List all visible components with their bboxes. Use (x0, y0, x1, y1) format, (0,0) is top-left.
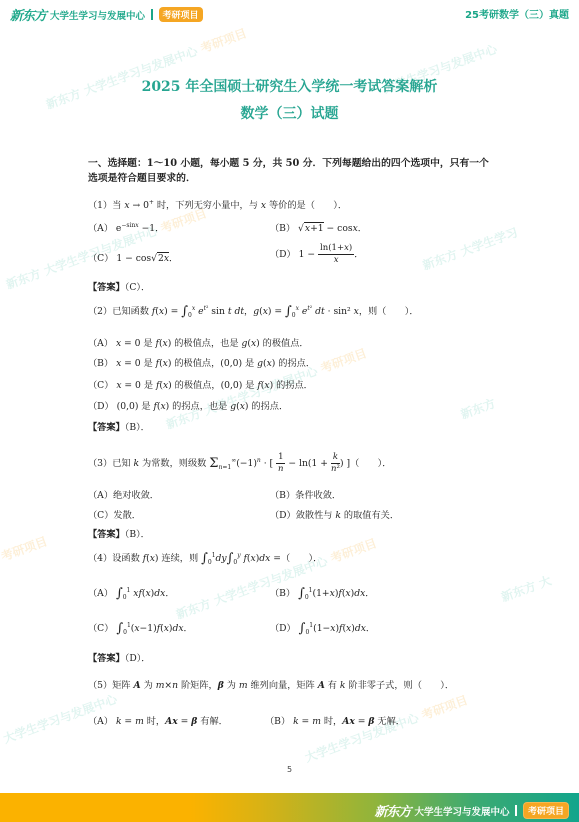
question-5-stem: （5）矩阵 A 为 m×n 阶矩阵，β 为 m 维列向量，矩阵 A 有 k 阶非… (88, 677, 454, 691)
question-4-option-a: （A） ∫01 xf(x)dx． (88, 585, 175, 601)
project-badge: 考研项目 (159, 7, 203, 22)
question-2-answer: 【答案】（B）． (88, 419, 150, 433)
divider (151, 9, 153, 20)
question-4-answer: 【答案】（D）． (88, 650, 150, 664)
question-4-option-d: （D） ∫01(1−x)f(x)dx． (270, 620, 375, 636)
question-3-option-b: （B）条件收敛． (270, 487, 341, 501)
watermark: 新东方 大学生学习 (420, 223, 520, 273)
header-brand: 新东方 大学生学习与发展中心 考研项目 (10, 5, 203, 24)
question-1-option-b: （B） √x+1 − cosx． (270, 220, 367, 234)
watermark: 新东方 大学生学习与发展中心 考研项目 (43, 24, 248, 113)
question-3-stem: （3）已知 k 为常数，则级数 Σn=1∞(−1)n · [ 1n − ln(1… (88, 452, 391, 475)
watermark: 考研项目 (0, 532, 49, 564)
page-footer: 新东方 大学生学习与发展中心 考研项目 (0, 793, 579, 822)
question-4-option-b: （B） ∫01(1+x)f(x)dx． (270, 585, 374, 601)
logo: 新东方 (10, 5, 46, 24)
watermark: 大学生学习与发展中心 考研项目 (302, 691, 470, 766)
question-2-option-b: （B） x = 0 是 f(x) 的极值点，(0,0) 是 g(x) 的拐点． (88, 355, 315, 369)
divider (515, 805, 517, 816)
watermark: 新东方 大学生学习与发展中心 考研项目 (173, 534, 378, 623)
watermark: 新东方 大 (499, 572, 554, 606)
header-title: 25考研数学（三）真题 (465, 6, 569, 21)
question-3-answer: 【答案】（B）． (88, 526, 150, 540)
question-2-stem: （2）已知函数 f(x) = ∫0x et² sin t dt，g(x) = ∫… (88, 303, 419, 319)
question-2-option-d: （D） (0,0) 是 f(x) 的拐点，也是 g(x) 的拐点． (88, 398, 288, 412)
question-3-option-d: （D）敛散性与 k 的取值有关． (270, 507, 399, 521)
question-1-option-c: （C） 1 − cos√2x． (88, 250, 178, 264)
question-4-option-c: （C） ∫01(x−1)f(x)dx． (88, 620, 193, 636)
project-badge: 考研项目 (523, 802, 569, 819)
question-1-option-d: （D） 1 − ln(1+x)x． (270, 243, 363, 266)
question-1-answer: 【答案】（C）． (88, 279, 150, 293)
question-1-stem: （1）当 x → 0+ 时，下列无穷小量中，与 x 等价的是（ ）． (88, 197, 347, 211)
page-number: 5 (0, 765, 579, 774)
logo: 新东方 (374, 801, 410, 820)
footer-brand: 新东方 大学生学习与发展中心 考研项目 (374, 801, 569, 820)
page-header: 新东方 大学生学习与发展中心 考研项目 25考研数学（三）真题 (0, 0, 579, 26)
brand-text: 大学生学习与发展中心 (50, 8, 145, 22)
question-5-option-b: （B） k = m 时，Ax = β 无解． (265, 713, 405, 727)
question-2-option-a: （A） x = 0 是 f(x) 的极值点，也是 g(x) 的极值点． (88, 335, 309, 349)
question-1-option-a: （A） e−sinx −1． (88, 220, 164, 234)
section-heading: 一、选择题：1～10 小题，每小题 5 分，共 50 分．下列每题给出的四个选项… (88, 156, 498, 186)
document-title: 2025 年全国硕士研究生入学统一考试答案解析 (0, 76, 579, 96)
question-5-option-a: （A） k = m 时，Ax = β 有解． (88, 713, 228, 727)
document-subtitle: 数学（三）试题 (0, 103, 579, 123)
question-3-option-c: （C）发散． (88, 507, 141, 521)
watermark: 新东方 (458, 394, 498, 422)
question-4-stem: （4）设函数 f(x) 连续，则 ∫01dy∫0y f(x)dx =（ ）． (88, 550, 322, 566)
question-2-option-c: （C） x = 0 是 f(x) 的极值点，(0,0) 是 f(x) 的拐点． (88, 377, 313, 391)
brand-text: 大学生学习与发展中心 (414, 804, 509, 818)
question-3-option-a: （A）绝对收敛． (88, 487, 159, 501)
